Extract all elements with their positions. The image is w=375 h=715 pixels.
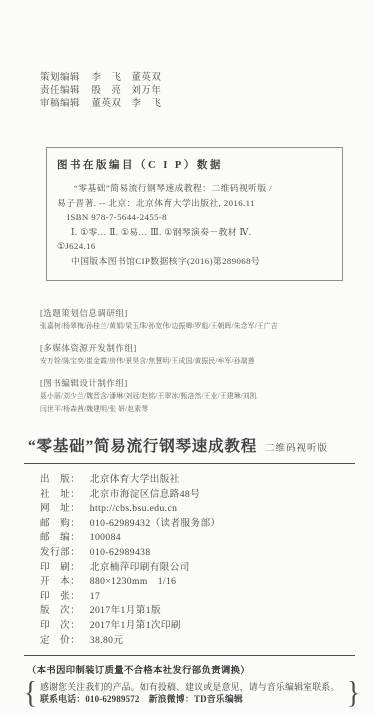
publishing-label: 定 价： [40,635,80,646]
book-title-bar: “零基础”简易流行钢琴速成教程二维码视听版 [28,434,375,456]
publishing-row: 出 版： 北京体育大学出版社 [40,473,375,488]
publishing-label: 社 址： [40,489,80,500]
publishing-label: 版 次： [40,605,80,616]
publishing-value: http://cbs.bsu.edu.cn [90,503,178,514]
publishing-value: 北京楠萍印刷有限公司 [90,562,190,573]
cip-classification-line: Ⅰ. ①零… Ⅱ. ①易… Ⅲ. ①钢琴演奏－教材 Ⅳ. [57,225,333,240]
title-divider [24,463,355,464]
cip-book-title-line: “零基础”简易流行钢琴速成教程：二维码视听版 / [57,181,333,196]
editor-role: 审稿编辑 [40,99,80,109]
publishing-row: 印 刷： 北京楠萍印刷有限公司 [40,561,375,576]
publishing-value: 北京体育大学出版社 [90,474,180,485]
publishing-row: 版 次： 2017年1月第1版 [40,604,375,619]
publishing-value: 17 [90,591,100,602]
publishing-value: 010-62989432（读者服务部） [90,518,221,529]
publishing-info-list: 出 版： 北京体育大学出版社 社 址： 北京市海淀区信息路48号 网 址： ht… [40,473,375,648]
publishing-value: 100084 [90,532,121,543]
publishing-row: 发行部： 010-62989438 [40,546,375,561]
publishing-value: 010-62989438 [90,547,151,558]
editor-credit-row: 责任编辑 殷 亮 刘万年 [40,85,375,98]
publishing-value: 880×1230mm 1/16 [90,576,177,587]
cip-record-number-line: 中国版本图书馆CIP数据核字(2016)第289068号 [57,254,333,269]
publishing-label: 发行部： [40,547,80,558]
editor-credit-row: 策划编辑 李 飞 董英双 [40,72,375,85]
publishing-label: 网 址： [40,503,80,514]
credit-group-title: [选题策划信息调研组] [40,309,375,318]
credit-group-names: 张嘉树/杨翠梅/孙桂兰/黄娟/梁玉珠/孙宽伟/边振卿/罗彪/王朝晖/朱念军/王广… [40,323,375,331]
publishing-label: 邮 购： [40,518,80,529]
publishing-row: 网 址： http://cbs.bsu.edu.cn [40,502,375,517]
editor-names: 殷 亮 刘万年 [91,86,161,96]
cip-data-box: 图书在版编目（C I P）数据 “零基础”简易流行钢琴速成教程：二维码视听版 /… [46,147,343,281]
editor-names: 李 飞 董英双 [91,73,161,83]
credit-group-names: 闫世平/杨森茜/魏建明/张 妍/赵素琴 [40,406,375,414]
credit-group-names: 聂小丽/刘少兰/魏晋含/潘琳/刘冠/赵铭/王翠冰/甄洛然/王业/王建琳/刘凯 [40,393,375,401]
publishing-label: 出 版： [40,474,80,485]
publishing-row: 邮 购： 010-62989432（读者服务部） [40,517,375,532]
publishing-value: 北京市海淀区信息路48号 [90,489,200,500]
cip-isbn-line: ISBN 978-7-5644-2455-8 [57,210,333,225]
contact-note: { 感谢您关注我们的产品。如有投稿、建议或是意见，请与音乐编辑室联系。 联系电话… [24,679,360,706]
cip-class-number-line: ①J624.16 [57,239,333,254]
brace-right-icon: } [347,677,360,708]
credit-group-names: 安万铨/陈宝奕/崔金霞/房伟/景昊含/焦慧明/王成国/黄振民/牟军/孙瑞莲 [40,358,375,366]
publishing-label: 开 本： [40,576,80,587]
brace-left-icon: { [24,677,37,708]
book-title: “零基础”简易流行钢琴速成教程 [28,438,257,455]
publishing-label: 邮 编： [40,532,80,543]
publishing-label: 印 张： [40,591,80,602]
credit-group-title: [多媒体资源开发制作组] [40,344,375,353]
publishing-label: 印 次： [40,620,80,631]
cip-title: 图书在版编目（C I P）数据 [57,157,333,172]
publishing-value: 2017年1月第1版 [90,605,161,616]
editor-role: 策划编辑 [40,73,80,83]
publishing-row: 印 次： 2017年1月第1次印刷 [40,619,375,634]
colophon-page: 策划编辑 李 飞 董英双 责任编辑 殷 亮 刘万年 审稿编辑 董英双 李 飞 图… [0,0,375,715]
publishing-row: 邮 编： 100084 [40,531,375,546]
quality-exchange-note: （本书因印制装订质量不合格本社发行部负责调换） [27,662,375,676]
credit-group-title: [图书编辑设计制作组] [40,379,375,388]
editor-credit-row: 审稿编辑 董英双 李 飞 [40,98,375,111]
publishing-row: 印 张： 17 [40,590,375,605]
editor-role: 责任编辑 [40,86,80,96]
publishing-row: 开 本： 880×1230mm 1/16 [40,575,375,590]
publishing-label: 印 刷： [40,562,80,573]
book-subtitle: 二维码视听版 [265,444,328,454]
publishing-row: 定 价： 38.80元 [40,634,375,649]
team-credits: [选题策划信息调研组] 张嘉树/杨翠梅/孙桂兰/黄娟/梁玉珠/孙宽伟/边振卿/罗… [40,309,375,414]
contact-lines: 感谢您关注我们的产品。如有投稿、建议或是意见，请与音乐编辑室联系。 联系电话：0… [37,681,347,705]
contact-line-1: 感谢您关注我们的产品。如有投稿、建议或是意见，请与音乐编辑室联系。 [40,681,344,693]
cip-author-line: 易子晋著. -- 北京：北京体育大学出版社, 2016.11 [57,196,333,211]
contact-line-2: 联系电话：010-62989572 新浪微博：TD音乐编辑 [40,693,344,705]
publishing-row: 社 址： 北京市海淀区信息路48号 [40,488,375,503]
publishing-value: 2017年1月第1次印刷 [90,620,181,631]
footer-divider [24,655,355,656]
editor-names: 董英双 李 飞 [91,99,161,109]
publishing-value: 38.80元 [90,635,124,646]
editor-credits: 策划编辑 李 飞 董英双 责任编辑 殷 亮 刘万年 审稿编辑 董英双 李 飞 [40,72,375,111]
